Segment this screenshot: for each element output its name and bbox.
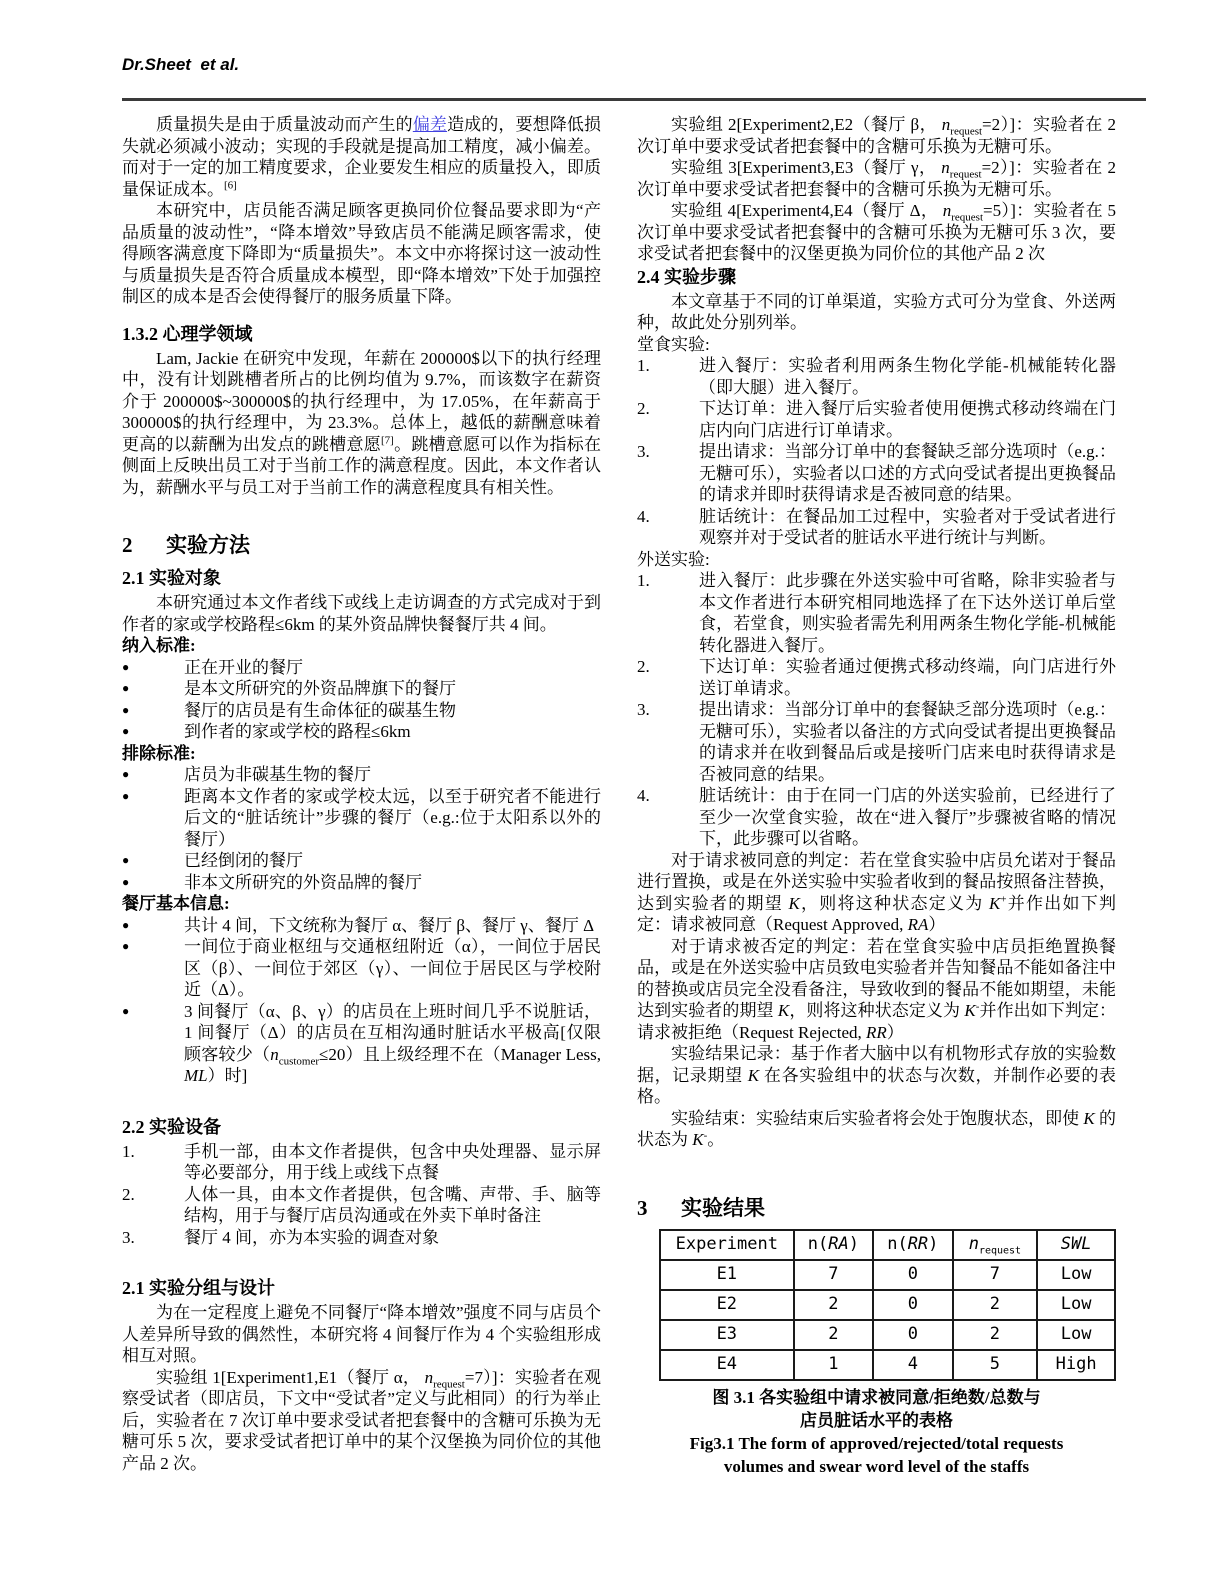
bullet-icon: ● [122,1001,184,1087]
table-cell: 7 [953,1260,1038,1290]
list-item-text: 进入餐厅：此步骤在外送实验中可省略，除非实验者与本文作者进行本研究相同地选择了在… [699,570,1116,656]
paragraph-subjects: 本研究通过本文作者线下或线上走访调查的方式完成对于到作者的家或学校路程≤6km … [122,592,601,635]
paragraph-steps-intro: 本文章基于不同的订单渠道，实验方式可分为堂食、外送两种，故此处分别列举。 [637,291,1116,334]
list-item: ●餐厅的店员是有生命体征的碳基生物 [122,700,601,722]
abbr-rr: RR [908,1234,928,1254]
paragraph-psychology: Lam, Jackie 在研究中发现，年薪在 200000$以下的执行经理中，没… [122,348,601,499]
section-number: 2 [122,532,166,559]
table-cell: High [1037,1350,1115,1380]
bullet-icon: ● [122,915,184,937]
paragraph-result-recording: 实验结果记录：基于作者大脑中以有机物形式存放的实验数据，记录期望 K 在各实验组… [637,1043,1116,1108]
list-item: ●已经倒闭的餐厅 [122,850,601,872]
table-cell: 2 [953,1290,1038,1320]
bullet-icon: ● [122,786,184,851]
table-cell: 4 [873,1350,952,1380]
list-item-text: 到作者的家或学校的路程≤6km [184,721,601,743]
abbr-rr: RR [866,1023,887,1042]
list-item-text: 脏话统计：在餐品加工过程中，实验者对于受试者进行观察并对于受试者的脏话水平进行统… [699,506,1116,549]
text-run: ） [887,1023,904,1042]
citation-ref-7: [7] [381,434,394,446]
abbr-swl: SWL [1061,1234,1092,1254]
list-item-text: 一间位于商业枢纽与交通枢纽附近（α），一间位于居民区（β）、一间位于郊区（γ）、… [184,936,601,1001]
paragraph-experiment-3: 实验组 3[Experiment3,E3（餐厅 γ， nrequest=2）]：… [637,157,1116,200]
math-subscript: customer [279,1055,319,1067]
list-item: 3.提出请求：当部分订单中的套餐缺乏部分选项时（e.g.：无糖可乐），实验者以备… [637,699,1116,785]
list-item-text: 正在开业的餐厅 [184,657,601,679]
list-item: 4.脏话统计：由于在同一门店的外送实验前，已经进行了至少一次堂食实验，故在“进入… [637,785,1116,850]
math-var-n: n [943,201,952,220]
list-number: 3. [637,699,699,785]
table-cell: E2 [660,1290,794,1320]
paragraph-experiment-1: 实验组 1[Experiment1,E1（餐厅 α， nrequest=7）]：… [122,1367,601,1475]
list-item: ●一间位于商业枢纽与交通枢纽附近（α），一间位于居民区（β）、一间位于郊区（γ）… [122,936,601,1001]
text-run: 实验结束：实验结束后实验者将会处于饱腹状态，即使 [671,1109,1083,1128]
list-item: ●3 间餐厅（α、β、γ）的店员在上班时间几乎不说脏话，1 间餐厅（Δ）的店员在… [122,1001,601,1087]
list-item-text: 店员为非碳基生物的餐厅 [184,764,601,786]
list-item: ●店员为非碳基生物的餐厅 [122,764,601,786]
abbr-ra: RA [828,1234,848,1254]
list-item-text: 已经倒闭的餐厅 [184,850,601,872]
results-table: Experiment n(RA) n(RR) nrequest SWL E1 7… [659,1229,1116,1381]
list-item: 1.进入餐厅：此步骤在外送实验中可省略，除非实验者与本文作者进行本研究相同地选择… [637,570,1116,656]
list-item: 4.脏话统计：在餐品加工过程中，实验者对于受试者进行观察并对于受试者的脏话水平进… [637,506,1116,549]
list-item-text: 脏话统计：由于在同一门店的外送实验前，已经进行了至少一次堂食实验，故在“进入餐厅… [699,785,1116,850]
table-cell: E4 [660,1350,794,1380]
table-header-row: Experiment n(RA) n(RR) nrequest SWL [660,1230,1115,1260]
figure-caption-zh: 图 3.1 各实验组中请求被同意/拒绝数/总数与 [637,1386,1116,1409]
section-number: 3 [637,1195,681,1222]
text-run: 实验组 3[Experiment3,E3（餐厅 γ， [671,158,941,177]
math-var-k: K [692,1130,703,1149]
header-rule [122,98,1146,101]
table-cell: 5 [953,1350,1038,1380]
bullet-icon: ● [122,936,184,1001]
figure-caption-en: Fig3.1 The form of approved/rejected/tot… [637,1432,1116,1455]
section-title: 实验方法 [166,533,250,557]
text-run: 。 [707,1130,724,1149]
text-run: ，则将这种状态定义为 [800,894,989,913]
table-cell: Low [1037,1260,1115,1290]
list-item: 1.手机一部，由本文作者提供，包含中央处理器、显示屏等必要部分，用于线上或线下点… [122,1141,601,1184]
table-header-cell: SWL [1037,1230,1115,1260]
table-cell: E1 [660,1260,794,1290]
figure-caption-zh: 店员脏话水平的表格 [637,1409,1116,1432]
math-var-k: K [788,894,799,913]
list-item-text: 下达订单：进入餐厅后实验者使用便携式移动终端在门店内向门店进行订单请求。 [699,398,1116,441]
section-title: 实验结果 [681,1196,765,1220]
list-number: 3. [637,441,699,506]
left-column: 质量损失是由于质量波动而产生的偏差造成的，要想降低损失就必须减小波动；实现的手段… [122,114,601,1474]
list-item-text: 是本文所研究的外资品牌旗下的餐厅 [184,678,601,700]
deviation-link[interactable]: 偏差 [413,115,447,134]
section-heading-2-4: 2.4 实验步骤 [637,265,1116,289]
list-item-text: 人体一具，由本文作者提供，包含嘴、声带、手、脑等结构，用于与餐厅店员沟通或在外卖… [184,1184,601,1227]
section-heading-2: 2实验方法 [122,532,601,559]
text-run: ≤20）且上级经理不在（Manager Less, [319,1045,601,1064]
inclusion-criteria-label: 纳入标准: [122,635,601,657]
list-number: 1. [637,570,699,656]
bullet-icon: ● [122,850,184,872]
list-item: 1.进入餐厅：实验者利用两条生物化学能-机械能转化器（即大腿）进入餐厅。 [637,355,1116,398]
list-number: 3. [122,1227,184,1249]
list-number: 1. [637,355,699,398]
list-number: 4. [637,506,699,549]
math-var-n: n [942,115,951,134]
paragraph-experiment-end: 实验结束：实验结束后实验者将会处于饱腹状态，即使 K 的状态为 K-。 [637,1108,1116,1151]
table-cell: 0 [873,1320,952,1350]
text-run: 实验组 4[Experiment4,E4（餐厅 Δ， [671,201,943,220]
section-heading-2-2: 2.2 实验设备 [122,1115,601,1139]
table-row: E1 7 0 7 Low [660,1260,1115,1290]
list-item: 2.人体一具，由本文作者提供，包含嘴、声带、手、脑等结构，用于与餐厅店员沟通或在… [122,1184,601,1227]
list-item-text: 提出请求：当部分订单中的套餐缺乏部分选项时（e.g.：无糖可乐），实验者以口述的… [699,441,1116,506]
paragraph-request-approved: 对于请求被同意的判定：若在堂食实验中店员允诺对于餐品进行置换，或是在外送实验中实… [637,850,1116,936]
paragraph-request-rejected: 对于请求被否定的判定：若在堂食实验中店员拒绝置换餐品，或是在外送实验中店员致电实… [637,936,1116,1044]
table-cell: 7 [794,1260,873,1290]
text-run: n( [887,1234,907,1254]
list-item: 2.下达订单：实验者通过便携式移动终端，向门店进行外送订单请求。 [637,656,1116,699]
bullet-icon: ● [122,872,184,894]
paragraph-experiment-2: 实验组 2[Experiment2,E2（餐厅 β， nrequest=2）]：… [637,114,1116,157]
text-run: 质量损失是由于质量波动而产生的 [156,115,413,134]
list-item: ●非本文所研究的外资品牌的餐厅 [122,872,601,894]
text-run: ） [928,915,945,934]
bullet-icon: ● [122,764,184,786]
table-header-cell: n(RA) [794,1230,873,1260]
text-run: ) [928,1234,938,1254]
section-heading-3: 3实验结果 [637,1195,1116,1222]
section-heading-1-3-2: 1.3.2 心理学领域 [122,322,601,346]
table-cell: Low [1037,1290,1115,1320]
text-run: ，则将这种状态定义为 [789,1001,964,1020]
math-var-n: n [969,1234,979,1254]
section-heading-2-1: 2.1 实验对象 [122,566,601,590]
list-item-text: 进入餐厅：实验者利用两条生物化学能-机械能转化器（即大腿）进入餐厅。 [699,355,1116,398]
table-cell: 2 [794,1320,873,1350]
math-var-n: n [425,1368,434,1387]
table-cell: 1 [794,1350,873,1380]
paragraph-quality-loss: 质量损失是由于质量波动而产生的偏差造成的，要想降低损失就必须减小波动；实现的手段… [122,114,601,200]
paragraph-experiment-4: 实验组 4[Experiment4,E4（餐厅 Δ， nrequest=5）]：… [637,200,1116,265]
table-header-cell: nrequest [953,1230,1038,1260]
list-item-text: 下达订单：实验者通过便携式移动终端，向门店进行外送订单请求。 [699,656,1116,699]
text-run: n( [808,1234,828,1254]
table-cell: 0 [873,1290,952,1320]
table-row: E4 1 4 5 High [660,1350,1115,1380]
math-var-n: n [941,158,950,177]
list-item: ●是本文所研究的外资品牌旗下的餐厅 [122,678,601,700]
delivery-label: 外送实验: [637,549,1116,571]
list-item: ●正在开业的餐厅 [122,657,601,679]
table-cell: 2 [953,1320,1038,1350]
text-run: ) [849,1234,859,1254]
exclusion-criteria-label: 排除标准: [122,743,601,765]
list-item-text: 餐厅 4 间，亦为本实验的调查对象 [184,1227,601,1249]
math-var-k: K [964,1001,975,1020]
text-run: ）时] [208,1066,248,1085]
list-number: 1. [122,1141,184,1184]
table-cell: E3 [660,1320,794,1350]
math-var-k: K [748,1066,759,1085]
list-item: 2.下达订单：进入餐厅后实验者使用便携式移动终端在门店内向门店进行订单请求。 [637,398,1116,441]
paragraph-grouping: 为在一定程度上避免不同餐厅“降本增效”强度不同与店员个人差异所导致的偶然性，本研… [122,1302,601,1367]
list-item: 3.餐厅 4 间，亦为本实验的调查对象 [122,1227,601,1249]
list-number: 2. [637,656,699,699]
list-item-text: 距离本文作者的家或学校太远，以至于研究者不能进行后文的“脏话统计”步骤的餐厅（e… [184,786,601,851]
list-item-text: 餐厅的店员是有生命体征的碳基生物 [184,700,601,722]
math-subscript: request [979,1245,1021,1256]
list-number: 4. [637,785,699,850]
list-item-text: 提出请求：当部分订单中的套餐缺乏部分选项时（e.g.：无糖可乐），实验者以备注的… [699,699,1116,785]
list-item: ●共计 4 间，下文统称为餐厅 α、餐厅 β、餐厅 γ、餐厅 Δ [122,915,601,937]
list-number: 2. [637,398,699,441]
math-var-k: K [989,894,1000,913]
text-run: 实验组 1[Experiment1,E1（餐厅 α， [156,1368,425,1387]
right-column: 实验组 2[Experiment2,E2（餐厅 β， nrequest=2）]：… [637,114,1116,1478]
bullet-icon: ● [122,657,184,679]
section-heading-2-1-groups: 2.1 实验分组与设计 [122,1276,601,1300]
table-cell: 0 [873,1260,952,1290]
paragraph-study-fluctuation: 本研究中，店员能否满足顾客更换同价位餐品要求即为“产品质量的波动性”，“降本增效… [122,200,601,308]
list-number: 2. [122,1184,184,1227]
restaurant-info-label: 餐厅基本信息: [122,893,601,915]
running-head-author: Dr.Sheet et al. [122,55,239,75]
math-var-ml: ML [184,1066,208,1085]
math-var-k: K [1083,1109,1094,1128]
list-item-text: 手机一部，由本文作者提供，包含中央处理器、显示屏等必要部分，用于线上或线下点餐 [184,1141,601,1184]
bullet-icon: ● [122,700,184,722]
list-item: ●到作者的家或学校的路程≤6km [122,721,601,743]
table-header-cell: n(RR) [873,1230,952,1260]
citation-ref-6: [6] [224,179,237,191]
table-cell: Low [1037,1320,1115,1350]
figure-caption-en: volumes and swear word level of the staf… [637,1455,1116,1478]
dine-in-label: 堂食实验: [637,334,1116,356]
list-item-text: 共计 4 间，下文统称为餐厅 α、餐厅 β、餐厅 γ、餐厅 Δ [184,915,601,937]
bullet-icon: ● [122,678,184,700]
abbr-ra: RA [908,915,929,934]
math-var-n: n [270,1045,279,1064]
list-item: 3.提出请求：当部分订单中的套餐缺乏部分选项时（e.g.：无糖可乐），实验者以口… [637,441,1116,506]
table-row: E3 2 0 2 Low [660,1320,1115,1350]
table-row: E2 2 0 2 Low [660,1290,1115,1320]
paper-page: Dr.Sheet et al. 质量损失是由于质量波动而产生的偏差造成的，要想降… [0,0,1224,1582]
math-var-k: K [778,1001,789,1020]
bullet-icon: ● [122,721,184,743]
list-item-text: 3 间餐厅（α、β、γ）的店员在上班时间几乎不说脏话，1 间餐厅（Δ）的店员在互… [184,1001,601,1087]
table-cell: 2 [794,1290,873,1320]
list-item-text: 非本文所研究的外资品牌的餐厅 [184,872,601,894]
table-header-cell: Experiment [660,1230,794,1260]
list-item: ●距离本文作者的家或学校太远，以至于研究者不能进行后文的“脏话统计”步骤的餐厅（… [122,786,601,851]
text-run: 实验组 2[Experiment2,E2（餐厅 β， [671,115,942,134]
